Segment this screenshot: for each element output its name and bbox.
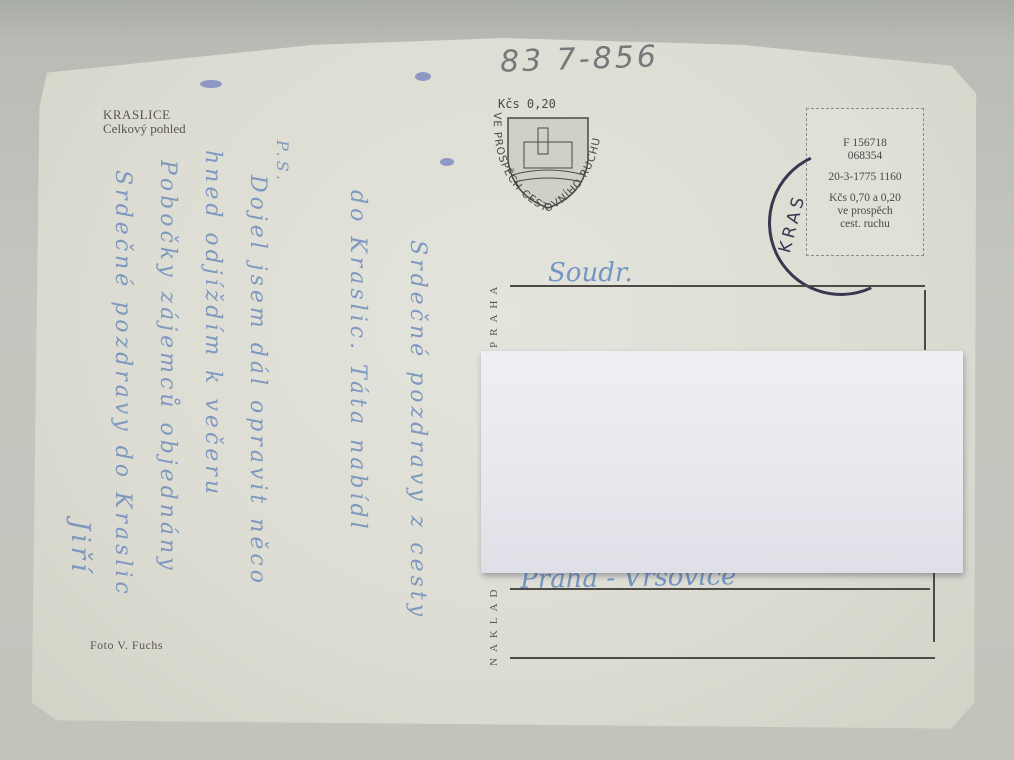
stamp-line: F 156718 [807,137,923,150]
message-line: do Kraslic. Táta nabídl [345,190,370,533]
address-border [924,290,926,350]
pencil-catalog-note: 83 7-856 [499,39,659,80]
emblem-price: Kčs 0,20 [498,97,556,111]
tourism-emblem-icon: Kčs 0,20 VE PROSPĚCH CESTOVNÍHO RUCHU [480,90,615,220]
address-recipient: Soudr. [548,258,633,288]
address-border [933,570,935,642]
ink-speck [440,158,454,166]
signature: Jiří [65,520,95,575]
postcard-subtitle: Celkový pohled [103,121,186,137]
ink-speck [200,80,222,88]
publisher-label: NAKLAD [488,584,500,666]
message-line: Srdečné pozdravy z cesty [405,240,430,620]
ink-speck [415,72,431,81]
message-line: Dojel jsem dál opravit něco [245,175,270,587]
message-line: hned odjíždím k večeru [200,150,225,498]
message-line: Pobočky zájemců objednány [155,160,180,574]
redaction-sticker [481,351,963,573]
photo-credit: Foto V. Fuchs [90,638,163,653]
message-line: P.S. [273,140,292,184]
address-line [510,657,935,659]
message-line: Srdečné pozdravy do Kraslic [110,170,135,598]
publisher-city: PRAHA [488,281,500,348]
